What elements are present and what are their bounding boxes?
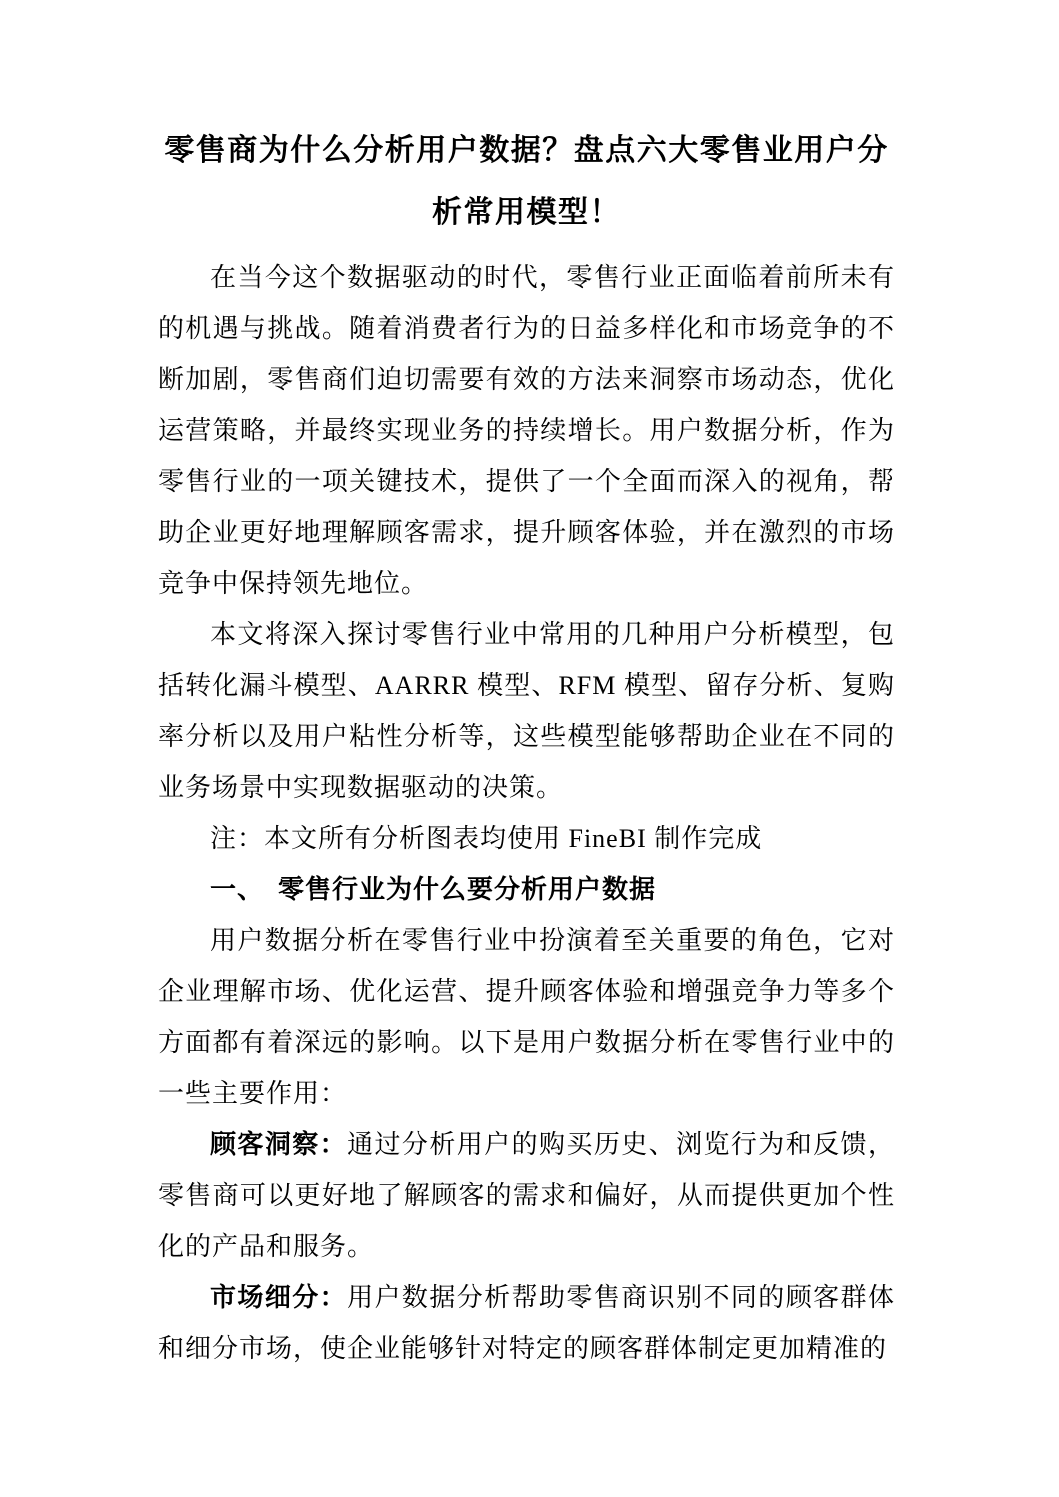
paragraph-text: 用户数据分析在零售行业中扮演着至关重要的角色，它对企业理解市场、优化运营、提升顾…: [158, 926, 895, 1108]
document-content: 零售商为什么分析用户数据？盘点六大零售业用户分析常用模型！ 在当今这个数据驱动的…: [0, 0, 1059, 1374]
paragraph-text: 注：本文所有分析图表均使用 FineBI 制作完成: [210, 824, 762, 853]
paragraph-lead: 市场细分：: [210, 1283, 347, 1312]
document-title: 零售商为什么分析用户数据？盘点六大零售业用户分析常用模型！: [158, 120, 895, 244]
document-page: 零售商为什么分析用户数据？盘点六大零售业用户分析常用模型！ 在当今这个数据驱动的…: [0, 0, 1059, 1497]
paragraph: 用户数据分析在零售行业中扮演着至关重要的角色，它对企业理解市场、优化运营、提升顾…: [158, 915, 895, 1119]
paragraph-text: 在当今这个数据驱动的时代，零售行业正面临着前所未有的机遇与挑战。随着消费者行为的…: [158, 263, 895, 598]
section-heading: 一、 零售行业为什么要分析用户数据: [158, 864, 895, 915]
paragraph-text: 本文将深入探讨零售行业中常用的几种用户分析模型，包括转化漏斗模型、AARRR 模…: [158, 620, 895, 802]
document-body: 在当今这个数据驱动的时代，零售行业正面临着前所未有的机遇与挑战。随着消费者行为的…: [158, 252, 895, 1374]
paragraph: 顾客洞察：通过分析用户的购买历史、浏览行为和反馈，零售商可以更好地了解顾客的需求…: [158, 1119, 895, 1272]
paragraph: 在当今这个数据驱动的时代，零售行业正面临着前所未有的机遇与挑战。随着消费者行为的…: [158, 252, 895, 609]
paragraph: 市场细分：用户数据分析帮助零售商识别不同的顾客群体和细分市场，使企业能够针对特定…: [158, 1272, 895, 1374]
paragraph: 注：本文所有分析图表均使用 FineBI 制作完成: [158, 813, 895, 864]
paragraph-text: 一、 零售行业为什么要分析用户数据: [210, 874, 656, 904]
paragraph-lead: 顾客洞察：: [210, 1130, 347, 1159]
paragraph: 本文将深入探讨零售行业中常用的几种用户分析模型，包括转化漏斗模型、AARRR 模…: [158, 609, 895, 813]
